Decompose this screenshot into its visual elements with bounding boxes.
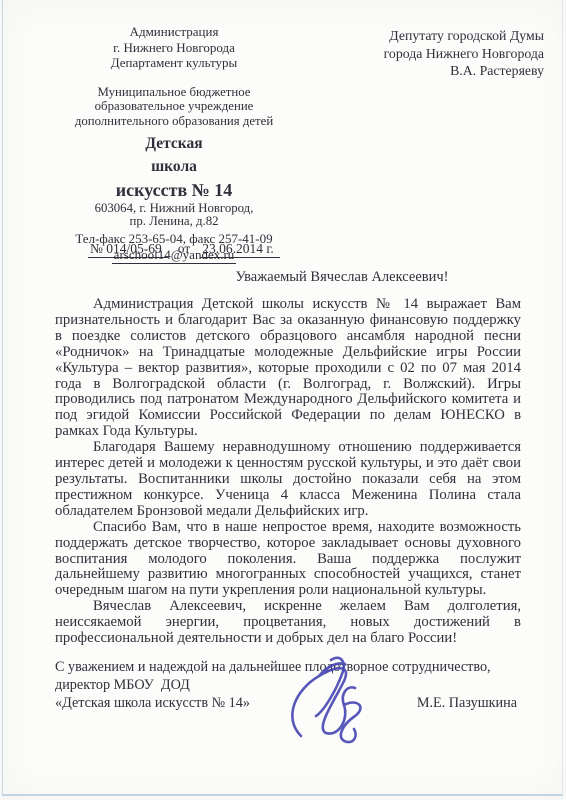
closing-block: С уважением и надеждой на дальнейшее пло…: [55, 659, 521, 712]
school-quoted-name: «Детская школа искусств № 14»: [55, 695, 250, 713]
school-name-line: искусств № 14: [28, 178, 320, 202]
sender-org-line: образовательное учреждение: [28, 99, 320, 114]
school-name-block: Детская школа искусств № 14: [28, 132, 320, 202]
closing-line: С уважением и надеждой на дальнейшее пло…: [55, 659, 521, 677]
sender-admin-line: Администрация: [28, 24, 320, 40]
signer-name: М.Е. Пазушкина: [417, 695, 517, 713]
recipient-line: Депутату городской Думы: [304, 27, 544, 45]
sender-admin-line: г. Нижнего Новгорода: [28, 40, 320, 56]
scanned-letter-page: Администрация г. Нижнего Новгорода Депар…: [0, 0, 566, 800]
sender-org-line: Муниципальное бюджетное: [28, 85, 320, 100]
school-name-line: школа: [28, 155, 320, 178]
paragraph: Администрация Детской школы искусств № 1…: [55, 297, 521, 440]
sender-org-line: дополнительного образования детей: [28, 114, 320, 129]
reference-ot-label: от: [178, 241, 190, 257]
sender-admin-line: Департамент культуры: [28, 55, 320, 71]
sender-header: Администрация г. Нижнего Новгорода Депар…: [28, 24, 320, 263]
recipient-line: В.А. Растеряеву: [304, 62, 544, 80]
reference-line: № 014/05-69от23.06.2014 г.: [88, 241, 280, 257]
paragraph: Благодаря Вашему неравнодушному отношени…: [55, 440, 521, 520]
salutation: Уважаемый Вячеслав Алексеевич!: [0, 269, 566, 286]
school-name-line: Детская: [28, 132, 320, 155]
reference-date: 23.06.2014 г.: [200, 241, 280, 258]
paragraph: Вячеслав Алексеевич, искренне желаем Вам…: [55, 599, 521, 647]
sender-org-block: Муниципальное бюджетное образовательное …: [28, 85, 320, 129]
school-address-line: пр. Ленина, д.82: [28, 215, 320, 229]
school-address-line: 603064, г. Нижний Новгород,: [28, 202, 320, 216]
letter-body: Администрация Детской школы искусств № 1…: [55, 297, 521, 647]
signature-row: «Детская школа искусств № 14» М.Е. Пазуш…: [55, 695, 521, 713]
director-title-line: директор МБОУ ДОД: [55, 677, 521, 695]
paragraph: Спасибо Вам, что в наше непростое время,…: [55, 520, 521, 600]
reference-number: № 014/05-69: [88, 241, 168, 258]
recipient-block: Депутату городской Думы города Нижнего Н…: [304, 27, 544, 80]
recipient-line: города Нижнего Новгорода: [304, 45, 544, 63]
